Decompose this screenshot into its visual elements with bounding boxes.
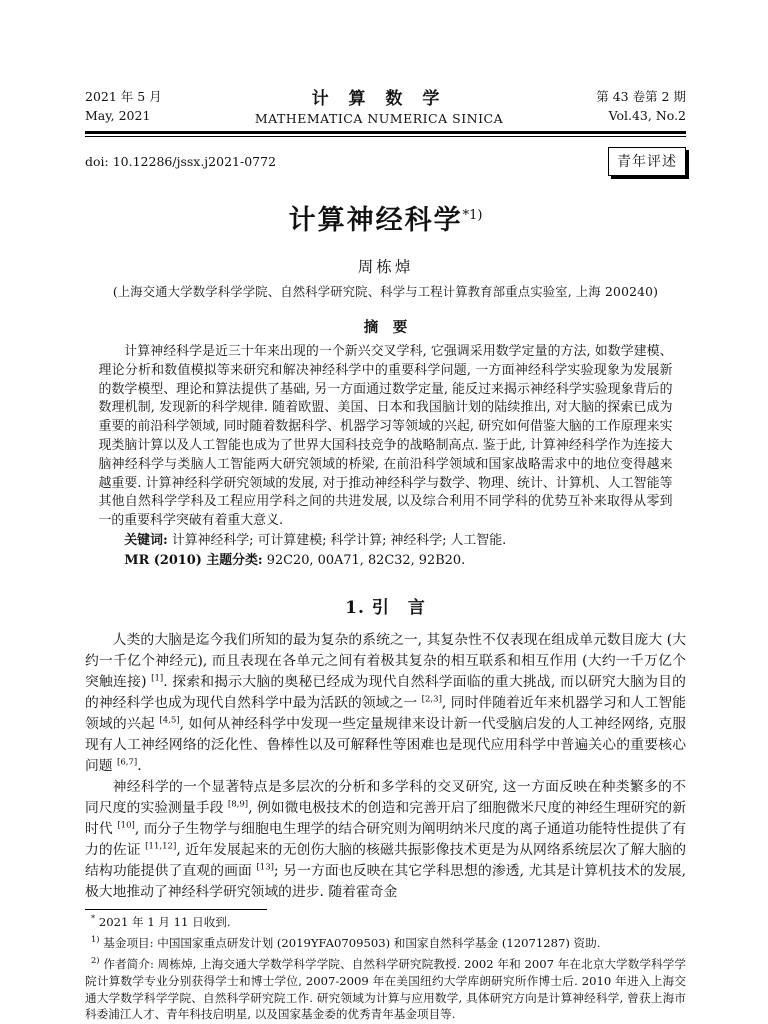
keywords-line: 关键词: 计算神经科学; 可计算建模; 科学计算; 神经科学; 人工智能.	[99, 532, 673, 551]
mr-codes: 92C20, 00A71, 82C32, 92B20.	[267, 553, 465, 568]
abstract-text: 计算神经科学是近三十年来出现的一个新兴交叉学科, 它强调采用数学定量的方法, 如…	[99, 343, 673, 531]
issue-date: 2021 年 5 月 May, 2021	[85, 88, 162, 126]
footnote-funding-text: 基金项目: 中国国家重点研发计划 (2019YFA0709503) 和国家自然科…	[103, 936, 600, 950]
intro-paragraph-1: 人类的大脑是迄今我们所知的最为复杂的系统之一, 其复杂性不仅表现在组成单元数目庞…	[85, 630, 686, 777]
keywords-text: 计算神经科学; 可计算建模; 科学计算; 神经科学; 人工智能.	[172, 533, 506, 548]
header-rule-thick	[85, 131, 686, 134]
journal-name: 计 算 数 学 MATHEMATICA NUMERICA SINICA	[162, 88, 597, 126]
category-badge: 青年评述	[608, 147, 686, 176]
journal-name-en: MATHEMATICA NUMERICA SINICA	[162, 111, 597, 126]
keywords-label: 关键词:	[124, 533, 167, 548]
footnote-received: * 2021 年 1 月 11 日收到.	[85, 914, 686, 931]
author-affiliation: (上海交通大学数学科学学院、自然科学研究院、科学与工程计算教育部重点实验室, 上…	[85, 282, 686, 300]
journal-header: 2021 年 5 月 May, 2021 计 算 数 学 MATHEMATICA…	[85, 88, 686, 126]
footnote-author-bio: 2) 作者简介: 周栋焯, 上海交通大学数学科学学院、自然科学研究院教授. 20…	[85, 956, 686, 1023]
header-rule-thin	[85, 136, 686, 137]
doi-text: doi: 10.12286/jssx.j2021-0772	[85, 154, 276, 169]
intro-paragraph-2: 神经科学的一个显著特点是多层次的分析和多学科的交叉研究, 这一方面反映在种类繁多…	[85, 777, 686, 903]
abstract-heading: 摘 要	[85, 316, 686, 337]
footnote-marker-2: 2)	[91, 955, 100, 965]
mr-label: MR (2010) 主题分类:	[124, 553, 262, 568]
footnote-marker-1: 1)	[91, 934, 100, 944]
page-title: 计算神经科学*1)	[85, 198, 686, 237]
author-name: 周栋焯	[85, 255, 686, 277]
paper-page: 2021 年 5 月 May, 2021 计 算 数 学 MATHEMATICA…	[0, 0, 768, 1024]
volume-issue-en: Vol.43, No.2	[596, 107, 686, 126]
footnote-rule	[85, 909, 267, 911]
issue-date-en: May, 2021	[85, 107, 162, 126]
footnote-received-text: 2021 年 1 月 11 日收到.	[99, 915, 231, 929]
footnote-block: * 2021 年 1 月 11 日收到. 1) 基金项目: 中国国家重点研发计划…	[85, 909, 686, 1024]
mr-classification-line: MR (2010) 主题分类: 92C20, 00A71, 82C32, 92B…	[99, 552, 673, 571]
journal-name-cn: 计 算 数 学	[162, 89, 597, 109]
footnote-funding: 1) 基金项目: 中国国家重点研发计划 (2019YFA0709503) 和国家…	[85, 935, 686, 952]
footnote-author-bio-text: 作者简介: 周栋焯, 上海交通大学数学科学学院、自然科学研究院教授. 2002 …	[85, 957, 686, 1021]
issue-date-cn: 2021 年 5 月	[85, 88, 162, 107]
title-text: 计算神经科学	[289, 205, 463, 236]
doi-row: doi: 10.12286/jssx.j2021-0772 青年评述	[85, 146, 686, 178]
footnote-marker-star: *	[91, 913, 95, 923]
section-heading-introduction: 1. 引 言	[85, 593, 686, 618]
volume-issue: 第 43 卷第 2 期 Vol.43, No.2	[596, 88, 686, 126]
title-footnote-mark: *1)	[463, 208, 483, 223]
volume-issue-cn: 第 43 卷第 2 期	[596, 88, 686, 107]
